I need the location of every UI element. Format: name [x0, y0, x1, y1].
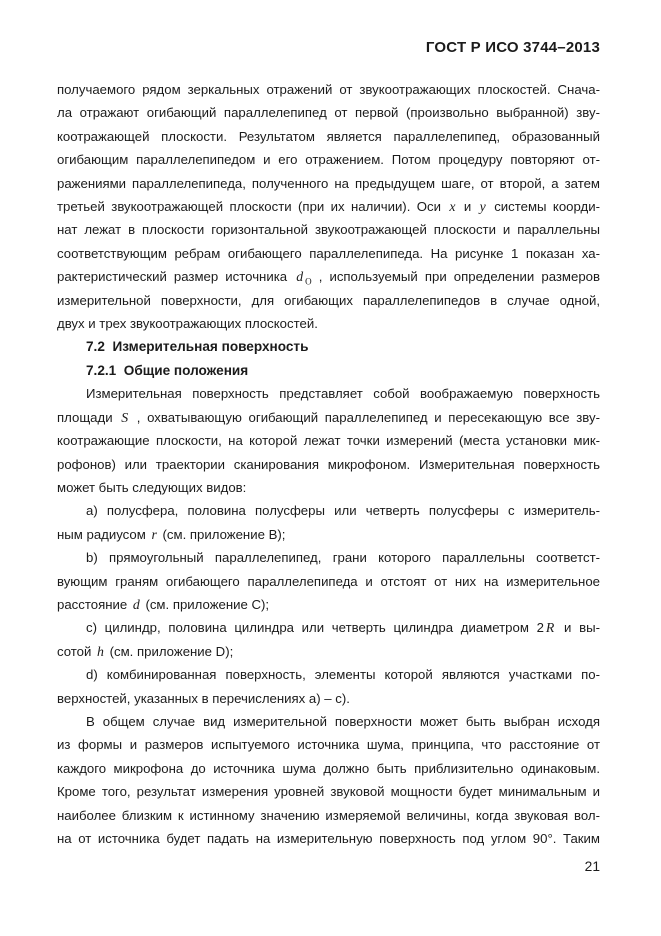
heading-line: 7.2.1 Общие положения	[57, 359, 600, 382]
text-run: рактеристический размер источника	[57, 269, 294, 284]
text-run: сотой	[57, 644, 95, 659]
text-line: коотражающей плоскости. Результатом явля…	[57, 125, 600, 148]
text-line: рофонов) или траектории сканирования мик…	[57, 453, 600, 476]
math-variable: S	[119, 410, 130, 425]
text-line: на от источника будет падать на измерите…	[57, 827, 600, 850]
document-body: получаемого рядом зеркальных отражений о…	[57, 78, 600, 850]
text-line: может быть следующих видов:	[57, 476, 600, 499]
text-line: коотражающие плоскости, на которой лежат…	[57, 429, 600, 452]
text-run: ным радиусом	[57, 527, 149, 542]
text-line: сотой h (см. приложение D);	[57, 640, 600, 663]
math-variable: h	[95, 644, 106, 659]
page-header: ГОСТ Р ИСО 3744–2013	[57, 39, 600, 56]
math-variable: R	[544, 620, 556, 635]
text-run: измерительной поверхности, для огибающих…	[57, 293, 600, 308]
text-run: расстояние	[57, 597, 131, 612]
text-line: Кроме того, результат измерения уровней …	[57, 780, 600, 803]
text-line: двух и трех звукоотражающих плоскостей.	[57, 312, 600, 335]
heading-line: 7.2 Измерительная поверхность	[57, 335, 600, 358]
text-line: рактеристический размер источника dO , и…	[57, 265, 600, 288]
text-line: d) комбинированная поверхность, элементы…	[57, 663, 600, 686]
text-run: d) комбинированная поверхность, элементы…	[86, 667, 600, 682]
text-run: рофонов) или траектории сканирования мик…	[57, 457, 600, 472]
text-run: получаемого рядом зеркальных отражений о…	[57, 82, 600, 97]
page-number: 21	[585, 859, 600, 874]
text-line: получаемого рядом зеркальных отражений о…	[57, 78, 600, 101]
text-run: ражениями параллелепипеда, полученного н…	[57, 176, 600, 191]
text-run: (см. приложение C);	[142, 597, 269, 612]
text-run: В общем случае вид измерительной поверхн…	[86, 714, 600, 729]
text-run: может быть следующих видов:	[57, 480, 246, 495]
text-line: расстояние d (см. приложение C);	[57, 593, 600, 616]
text-line: третьей звукоотражающей плоскости (при и…	[57, 195, 600, 218]
text-line: нат лежат в плоскости горизонтальной зву…	[57, 218, 600, 241]
text-line: вующим граням огибающего параллелепипеда…	[57, 570, 600, 593]
text-run: коотражающей плоскости. Результатом явля…	[57, 129, 600, 144]
math-variable: d	[131, 597, 142, 612]
text-run: ла отражают огибающий параллелепипед от …	[57, 105, 600, 120]
text-line: огибающим параллелепипедом и его отражен…	[57, 148, 600, 171]
text-run: на от источника будет падать на измерите…	[57, 831, 600, 846]
text-run: каждого микрофона до источника шума долж…	[57, 761, 600, 776]
text-run: двух и трех звукоотражающих плоскостей.	[57, 316, 318, 331]
text-run: третьей звукоотражающей плоскости (при и…	[57, 199, 447, 214]
text-line: измерительной поверхности, для огибающих…	[57, 289, 600, 312]
text-run: наиболее близким к истинному значению из…	[57, 808, 600, 823]
text-run: b) прямоугольный параллелепипед, грани к…	[86, 550, 600, 565]
text-line: каждого микрофона до источника шума долж…	[57, 757, 600, 780]
math-variable: x	[447, 199, 457, 214]
text-run: (см. приложение B);	[159, 527, 286, 542]
text-line: ным радиусом r (см. приложение B);	[57, 523, 600, 546]
math-variable: r	[149, 527, 158, 542]
text-run: a) полусфера, половина полусферы или чет…	[86, 503, 600, 518]
text-run: и вы-	[556, 620, 600, 635]
text-line: ла отражают огибающий параллелепипед от …	[57, 101, 600, 124]
text-line: a) полусфера, половина полусферы или чет…	[57, 499, 600, 522]
text-run: верхностей, указанных в перечислениях a)…	[57, 691, 350, 706]
text-run: 7.2 Измерительная поверхность	[86, 339, 308, 354]
math-variable: y	[478, 199, 488, 214]
text-run: 7.2.1 Общие положения	[86, 363, 248, 378]
text-run: (см. приложение D);	[106, 644, 233, 659]
text-run: , охватывающую огибающий параллелепипед …	[130, 410, 600, 425]
text-run: огибающим параллелепипедом и его отражен…	[57, 152, 600, 167]
text-run: из формы и размеров испытуемого источник…	[57, 737, 600, 752]
text-run: c) цилиндр, половина цилиндра или четвер…	[86, 620, 544, 635]
document-page: ГОСТ Р ИСО 3744–2013 получаемого рядом з…	[0, 0, 661, 936]
text-line: Измерительная поверхность представляет с…	[57, 382, 600, 405]
text-line: ражениями параллелепипеда, полученного н…	[57, 172, 600, 195]
text-run: коотражающие плоскости, на которой лежат…	[57, 433, 600, 448]
text-run: и	[458, 199, 478, 214]
text-run: системы коорди-	[488, 199, 600, 214]
text-line: соответствующим ребрам огибающего паралл…	[57, 242, 600, 265]
text-line: площади S , охватывающую огибающий парал…	[57, 406, 600, 429]
text-run: нат лежат в плоскости горизонтальной зву…	[57, 222, 600, 237]
text-line: верхностей, указанных в перечислениях a)…	[57, 687, 600, 710]
text-run: соответствующим ребрам огибающего паралл…	[57, 246, 600, 261]
text-line: наиболее близким к истинному значению из…	[57, 804, 600, 827]
text-line: из формы и размеров испытуемого источник…	[57, 733, 600, 756]
text-run: площади	[57, 410, 119, 425]
text-run: Измерительная поверхность представляет с…	[86, 386, 600, 401]
text-line: c) цилиндр, половина цилиндра или четвер…	[57, 616, 600, 639]
text-run: вующим граням огибающего параллелепипеда…	[57, 574, 600, 589]
text-run: , используемый при определении размеров	[312, 269, 600, 284]
text-line: В общем случае вид измерительной поверхн…	[57, 710, 600, 733]
math-variable: d	[294, 269, 305, 284]
text-run: Кроме того, результат измерения уровней …	[57, 784, 600, 799]
text-line: b) прямоугольный параллелепипед, грани к…	[57, 546, 600, 569]
